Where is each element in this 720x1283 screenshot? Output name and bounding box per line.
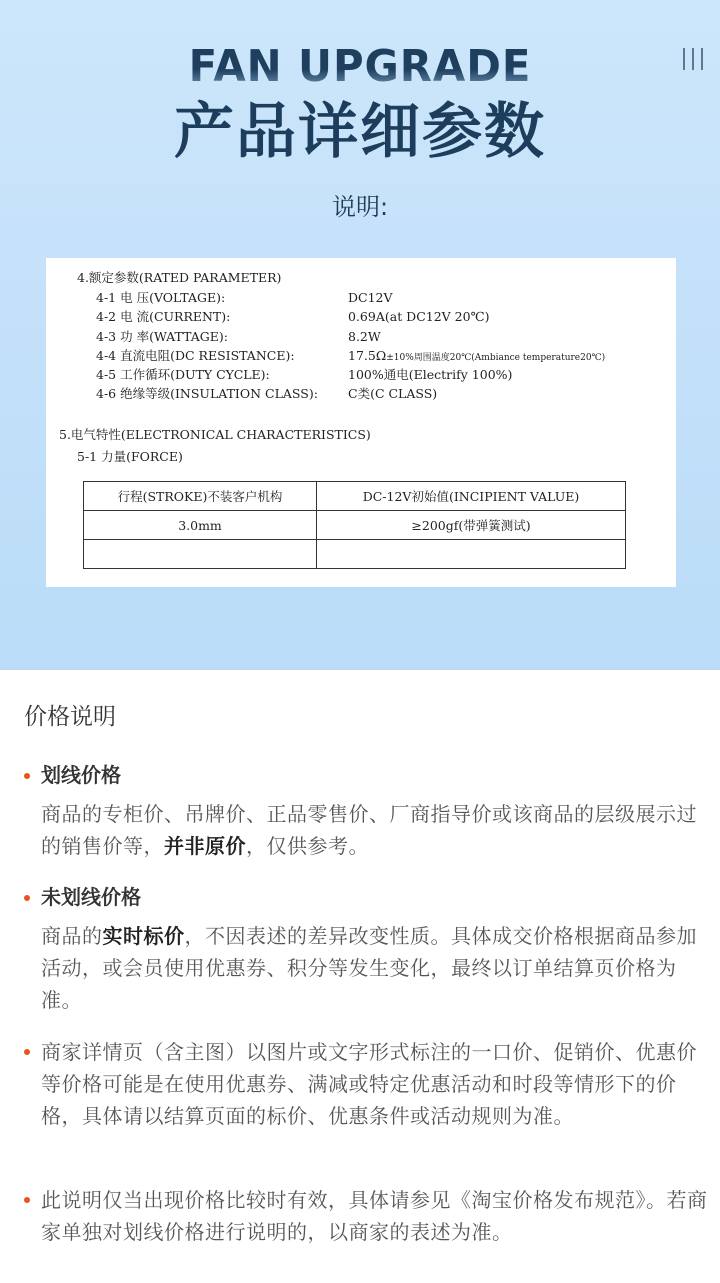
item-text: 商品的专柜价、吊牌价、正品零售价、厂商指导价或该商品的层级展示过的销售价等，并非… — [41, 798, 711, 862]
vertical-bars-icon[interactable] — [683, 48, 703, 70]
spec-value-dc-resistance: 17.5Ω±10%周围温度20℃(Ambiance temperature20℃… — [348, 347, 605, 367]
spec-value-voltage: DC12V — [348, 289, 393, 307]
resistance-value: 17.5Ω — [348, 348, 386, 363]
text-part: 商品的 — [41, 924, 103, 948]
cell-empty — [84, 540, 317, 569]
header-stroke: 行程(STROKE)不装客户机构 — [84, 482, 317, 511]
text-bold: 并非原价 — [164, 834, 246, 858]
section-electronical-title: 5.电气特性(ELECTRONICAL CHARACTERISTICS) — [59, 426, 371, 444]
spec-value-duty-cycle: 100%通电(Electrify 100%) — [348, 366, 512, 384]
item-heading: 划线价格 — [41, 760, 121, 790]
section-rated-parameter-title: 4.额定参数(RATED PARAMETER) — [77, 269, 281, 287]
text-part: ，仅供参考。 — [246, 834, 369, 858]
bullet-dot-icon — [24, 773, 30, 779]
spec-label-dc-resistance: 4-4 直流电阻(DC RESISTANCE): — [96, 347, 295, 365]
price-explanation-title: 价格说明 — [24, 702, 116, 732]
bullet-dot-icon — [24, 1049, 30, 1055]
spec-label-duty-cycle: 4-5 工作循环(DUTY CYCLE): — [96, 366, 270, 384]
item-text: 此说明仅当出现价格比较时有效，具体请参见《淘宝价格发布规范》。若商家单独对划线价… — [41, 1184, 711, 1248]
spec-value-current: 0.69A(at DC12V 20℃) — [348, 308, 489, 326]
spec-value-insulation-class: C类(C CLASS) — [348, 385, 437, 403]
section-force-title: 5-1 力量(FORCE) — [77, 448, 183, 466]
item-text: 商品的实时标价，不因表述的差异改变性质。具体成交价格根据商品参加活动，或会员使用… — [41, 920, 711, 1016]
table-row — [84, 540, 626, 569]
product-spec-banner: FAN UPGRADE 产品详细参数 说明: 4.额定参数(RATED PARA… — [0, 0, 720, 670]
item-heading: 未划线价格 — [41, 882, 141, 912]
resistance-note: ±10%周围温度20℃(Ambiance temperature20℃) — [386, 353, 605, 363]
cell-force: ≥200gf(带弹簧测试) — [317, 511, 626, 540]
item-text: 商家详情页（含主图）以图片或文字形式标注的一口价、促销价、优惠价等价格可能是在使… — [41, 1036, 711, 1132]
spec-sheet: 4.额定参数(RATED PARAMETER) 4-1 电 压(VOLTAGE)… — [46, 258, 676, 587]
cell-stroke: 3.0mm — [84, 511, 317, 540]
banner-title-cn: 产品详细参数 — [0, 96, 720, 168]
text-part: 商品的专柜价、吊牌价、正品零售价、厂商指导价或该商品的层级展示过的销售价等， — [41, 802, 697, 858]
banner-subtitle: 说明: — [0, 190, 720, 224]
banner-title-en: FAN UPGRADE — [18, 42, 702, 92]
spec-label-wattage: 4-3 功 率(WATTAGE): — [96, 328, 228, 346]
force-table: 行程(STROKE)不装客户机构 DC-12V初始值(INCIPIENT VAL… — [83, 481, 626, 569]
price-explanation-section: 价格说明 划线价格 商品的专柜价、吊牌价、正品零售价、厂商指导价或该商品的层级展… — [0, 670, 720, 1283]
table-header-row: 行程(STROKE)不装客户机构 DC-12V初始值(INCIPIENT VAL… — [84, 482, 626, 511]
spec-label-current: 4-2 电 流(CURRENT): — [96, 308, 230, 326]
header-incipient-value: DC-12V初始值(INCIPIENT VALUE) — [317, 482, 626, 511]
cell-empty — [317, 540, 626, 569]
spec-label-voltage: 4-1 电 压(VOLTAGE): — [96, 289, 225, 307]
bullet-dot-icon — [24, 1197, 30, 1203]
table-row: 3.0mm ≥200gf(带弹簧测试) — [84, 511, 626, 540]
text-bold: 实时标价 — [103, 924, 185, 948]
spec-value-wattage: 8.2W — [348, 328, 381, 346]
spec-label-insulation-class: 4-6 绝缘等级(INSULATION CLASS): — [96, 385, 318, 403]
bullet-dot-icon — [24, 895, 30, 901]
